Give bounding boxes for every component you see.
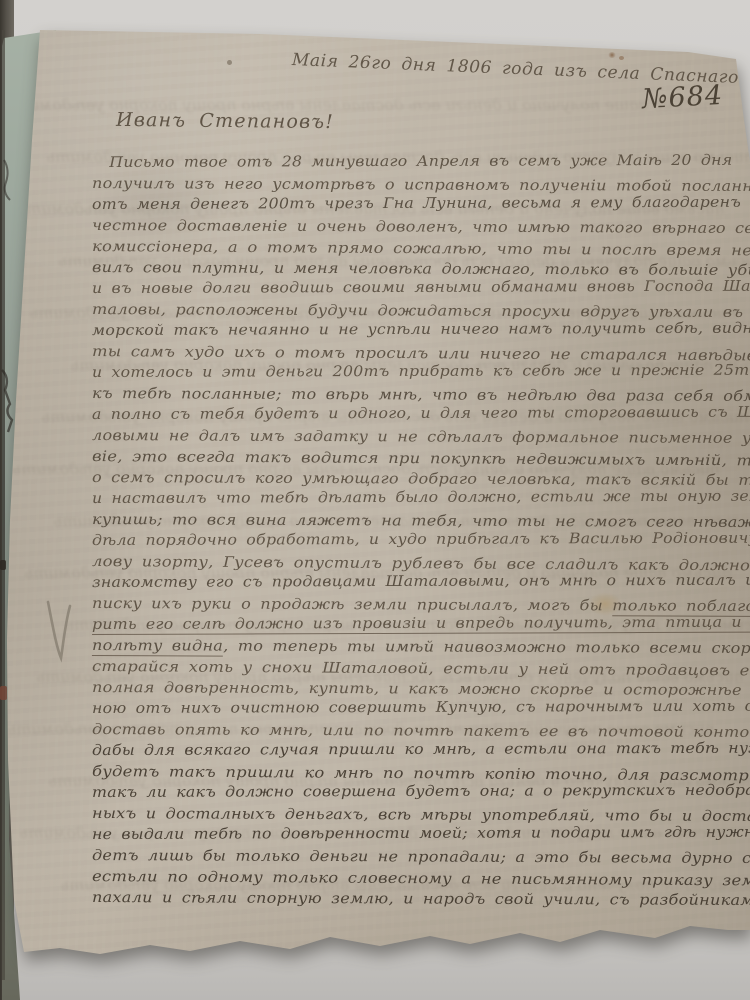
manuscript-line: знакомству его съ продавцами Шаталовыми,…: [92, 570, 750, 593]
archive-photo-scene: письмо ваше получено и деньги всѣ достав…: [0, 0, 750, 1000]
ink-layer: Маія 26го дня 1806 года изъ села Спаснаг…: [0, 0, 750, 1000]
manuscript-line: а полно съ тебя будетъ и одного, и для ч…: [92, 402, 750, 425]
manuscript-line: ловыми не далъ имъ задатку и не сдѣлалъ …: [92, 425, 750, 449]
manuscript-line: ною отъ нихъ очистною совершить Купчую, …: [92, 696, 750, 719]
manuscript-line: морской такъ нечаянно и не успѣли ничего…: [92, 318, 750, 341]
manuscript-line: полѣту видна, то теперь ты имѣй наивозмо…: [92, 635, 750, 659]
manuscript-line: детъ лишь бы только деньги не пропадали;…: [92, 845, 750, 869]
manuscript-line: дѣла порядочно обработать, и худо прибѣг…: [92, 528, 750, 551]
pencil-check-mark: [44, 596, 74, 666]
manuscript-line: рить его селѣ должно изъ провизіи и впре…: [92, 612, 750, 635]
header-date: Маія 26го дня 1806 года изъ села Спаснаг…: [292, 50, 722, 87]
manuscript-line: не выдали тебѣ по довѣренности моей; хот…: [92, 822, 750, 845]
manuscript-line: отъ меня денегъ 200тъ чрезъ Гна Лунина, …: [92, 192, 750, 215]
manuscript-line: и хотелось и эти деньги 200тъ прибрать к…: [92, 360, 750, 383]
manuscript-line: такъ ли какъ должно совершена будетъ она…: [92, 780, 750, 803]
manuscript-line: и наставилъ что тебѣ дѣлать было должно,…: [92, 486, 750, 509]
manuscript-line: Письмо твое отъ 28 минувшаго Апреля въ с…: [92, 150, 750, 173]
manuscript-page: письмо ваше получено и деньги всѣ достав…: [0, 0, 750, 1000]
manuscript-page-wrap: письмо ваше получено и деньги всѣ достав…: [0, 0, 750, 1000]
manuscript-line: и въ новые долги вводишь своими явными о…: [92, 276, 750, 299]
body-lines: Письмо твое отъ 28 минувшаго Апреля въ с…: [92, 152, 737, 908]
salutation: Иванъ Степановъ!: [116, 109, 334, 133]
document-number: №684: [641, 80, 724, 115]
manuscript-line: пахали и сѣяли спорную землю, и народъ с…: [92, 887, 750, 911]
manuscript-line: честное доставленіе и очень доволенъ, чт…: [92, 215, 750, 239]
manuscript-line: дабы для всякаго случая пришли ко мнѣ, а…: [92, 738, 750, 761]
